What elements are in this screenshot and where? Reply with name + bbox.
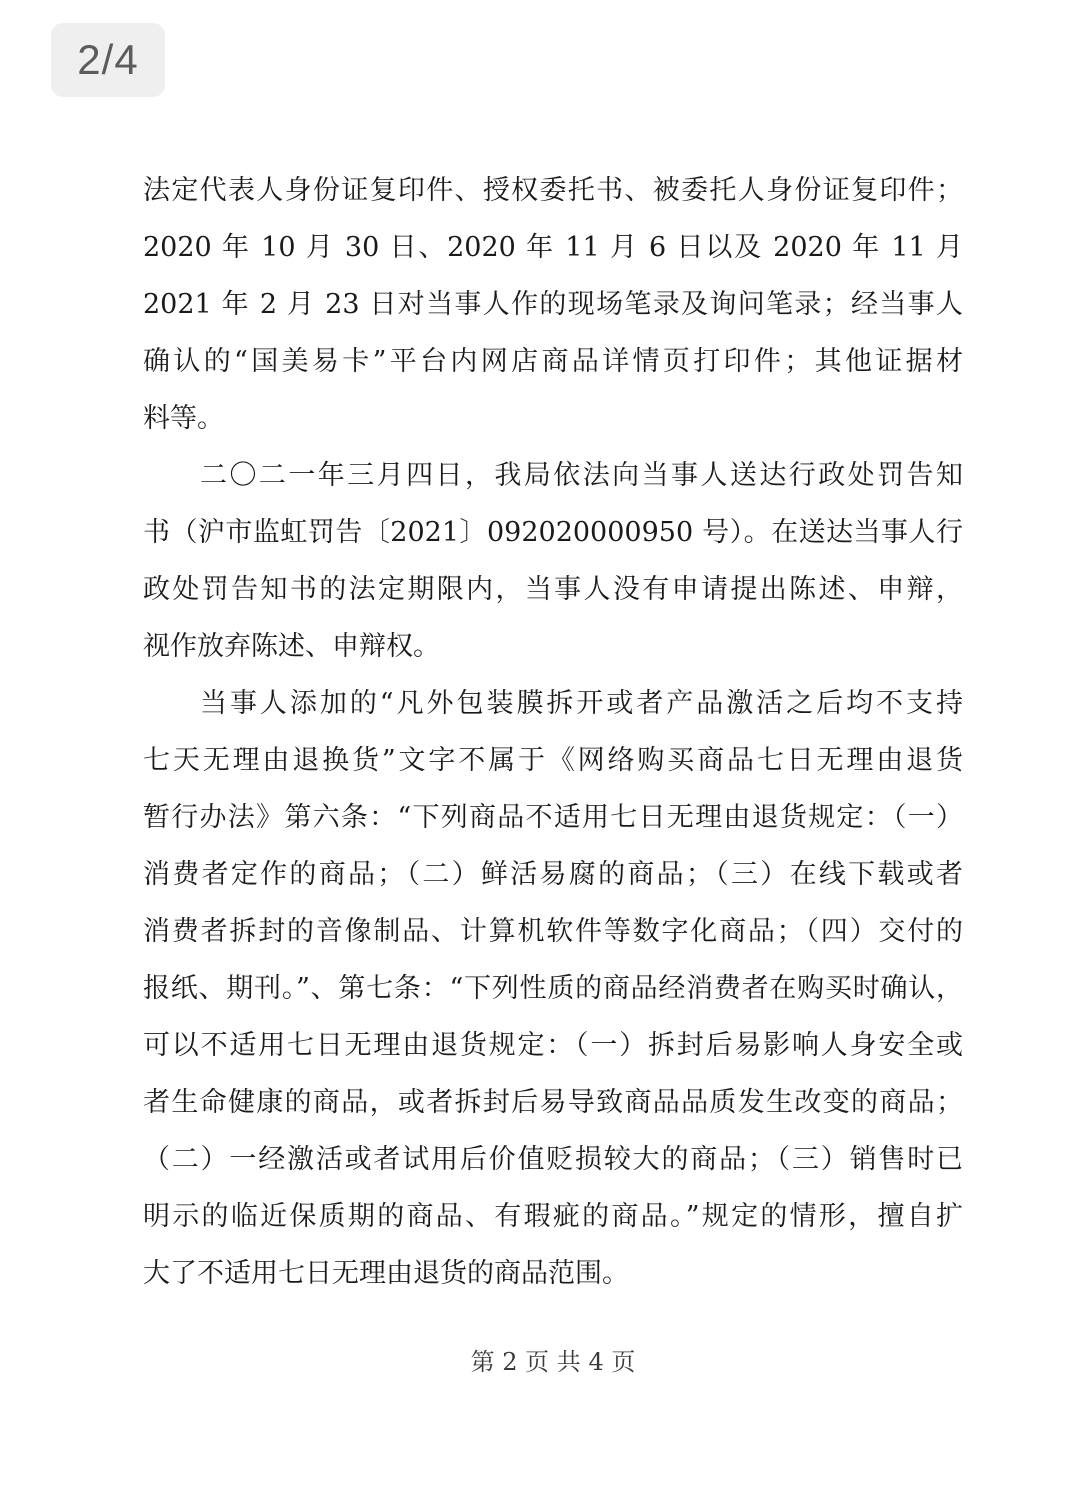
document-body: 法定代表人身份证复印件、授权委托书、被委托人身份证复印件；2020 年 10 月… — [143, 162, 963, 1302]
document-line: 明示的临近保质期的商品、有瑕疵的商品。”规定的情形，擅自扩 — [143, 1188, 963, 1245]
document-line: 书（沪市监虹罚告〔2021〕092020000950 号）。在送达当事人行 — [143, 504, 963, 561]
document-line: 暂行办法》第六条：“下列商品不适用七日无理由退货规定：（一） — [143, 789, 963, 846]
document-line: 2021 年 2 月 23 日对当事人作的现场笔录及询问笔录；经当事人 — [143, 276, 963, 333]
document-line: 二〇二一年三月四日，我局依法向当事人送达行政处罚告知 — [143, 447, 963, 504]
document-line: 确认的“国美易卡”平台内网店商品详情页打印件；其他证据材 — [143, 333, 963, 390]
document-line: 消费者拆封的音像制品、计算机软件等数字化商品；（四）交付的 — [143, 903, 963, 960]
page-indicator-badge: 2/4 — [51, 23, 165, 97]
paragraph: 二〇二一年三月四日，我局依法向当事人送达行政处罚告知书（沪市监虹罚告〔2021〕… — [143, 447, 963, 675]
document-line: 视作放弃陈述、申辩权。 — [143, 618, 963, 675]
document-line: 料等。 — [143, 390, 963, 447]
document-line: 七天无理由退换货”文字不属于《网络购买商品七日无理由退货 — [143, 732, 963, 789]
document-line: 法定代表人身份证复印件、授权委托书、被委托人身份证复印件； — [143, 162, 963, 219]
document-line: 大了不适用七日无理由退货的商品范围。 — [143, 1245, 963, 1302]
document-viewer: 2/4 法定代表人身份证复印件、授权委托书、被委托人身份证复印件；2020 年 … — [0, 0, 1080, 1497]
page-footer: 第 2 页 共 4 页 — [143, 1342, 963, 1382]
paragraph: 法定代表人身份证复印件、授权委托书、被委托人身份证复印件；2020 年 10 月… — [143, 162, 963, 447]
paragraph: 当事人添加的“凡外包装膜拆开或者产品激活之后均不支持七天无理由退换货”文字不属于… — [143, 675, 963, 1302]
document-line: 可以不适用七日无理由退货规定：（一）拆封后易影响人身安全或 — [143, 1017, 963, 1074]
document-line: 当事人添加的“凡外包装膜拆开或者产品激活之后均不支持 — [143, 675, 963, 732]
document-line: 2020 年 10 月 30 日、2020 年 11 月 6 日以及 2020 … — [143, 219, 963, 276]
document-line: 消费者定作的商品；（二）鲜活易腐的商品；（三）在线下载或者 — [143, 846, 963, 903]
document-line: 者生命健康的商品，或者拆封后易导致商品品质发生改变的商品； — [143, 1074, 963, 1131]
document-line: 报纸、期刊。”、第七条：“下列性质的商品经消费者在购买时确认， — [143, 960, 963, 1017]
document-line: （二）一经激活或者试用后价值贬损较大的商品；（三）销售时已 — [143, 1131, 963, 1188]
document-line: 政处罚告知书的法定期限内，当事人没有申请提出陈述、申辩， — [143, 561, 963, 618]
